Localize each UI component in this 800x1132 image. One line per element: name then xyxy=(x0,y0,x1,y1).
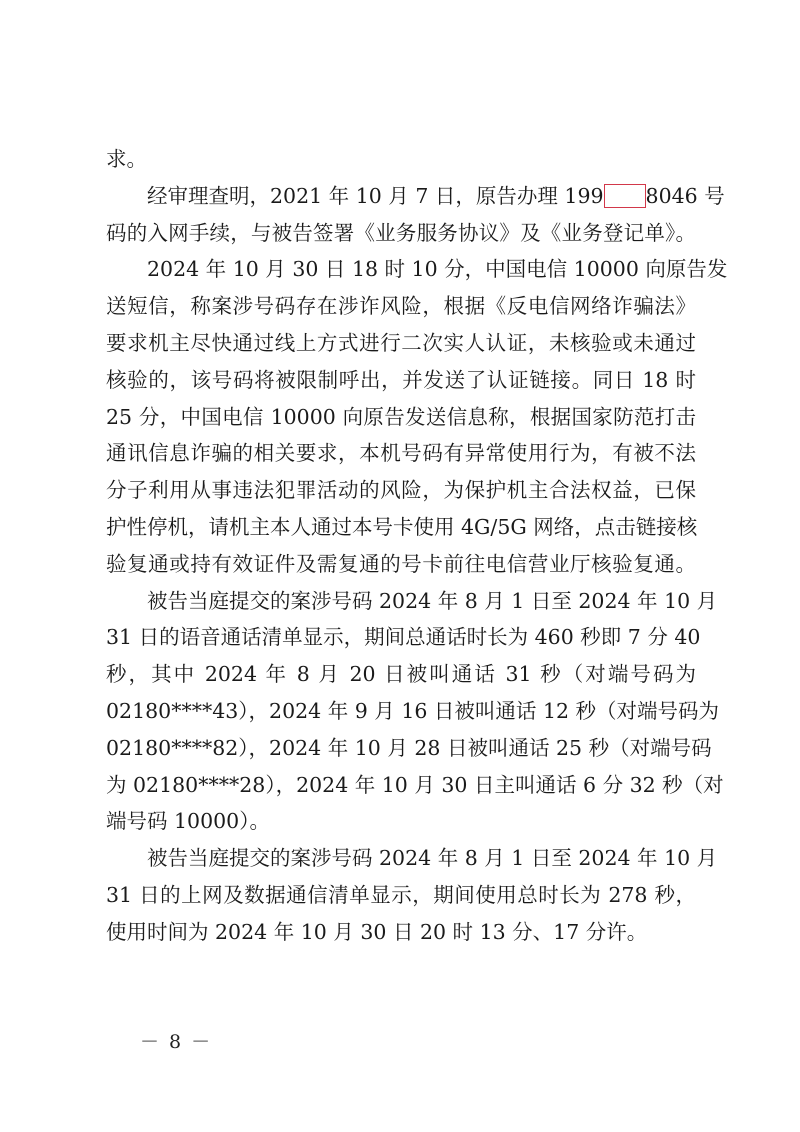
text-line: 求。 xyxy=(106,141,696,178)
text-line: 为 02180****28），2024 年 10 月 30 日主叫通话 6 分 … xyxy=(106,767,696,804)
text-line-with-redaction: 经审理查明，2021 年 10 月 7 日，原告办理 1998046 号 xyxy=(106,178,696,215)
text-line: 被告当庭提交的案涉号码 2024 年 8 月 1 日至 2024 年 10 月 xyxy=(106,840,696,877)
text-line: 核验的，该号码将被限制呼出，并发送了认证链接。同日 18 时 xyxy=(106,362,696,399)
document-body: 求。 经审理查明，2021 年 10 月 7 日，原告办理 1998046 号 … xyxy=(106,141,696,951)
text-line: 31 日的上网及数据通信清单显示，期间使用总时长为 278 秒， xyxy=(106,877,696,914)
redaction-box xyxy=(604,184,646,208)
text-line: 02180****43），2024 年 9 月 16 日被叫通话 12 秒（对端… xyxy=(106,693,696,730)
text-line: 码的入网手续，与被告签署《业务服务协议》及《业务登记单》。 xyxy=(106,215,696,252)
text-line: 02180****82），2024 年 10 月 28 日被叫通话 25 秒（对… xyxy=(106,730,696,767)
document-page: 求。 经审理查明，2021 年 10 月 7 日，原告办理 1998046 号 … xyxy=(0,0,800,1132)
text-segment: 经审理查明，2021 年 10 月 7 日，原告办理 199 xyxy=(147,184,604,208)
text-line: 2024 年 10 月 30 日 18 时 10 分，中国电信 10000 向原… xyxy=(106,251,696,288)
page-number: － 8 － xyxy=(140,1027,212,1054)
text-line: 31 日的语音通话清单显示，期间总通话时长为 460 秒即 7 分 40 xyxy=(106,619,696,656)
text-line: 被告当庭提交的案涉号码 2024 年 8 月 1 日至 2024 年 10 月 xyxy=(106,583,696,620)
text-line: 使用时间为 2024 年 10 月 30 日 20 时 13 分、17 分许。 xyxy=(106,914,696,951)
text-line: 端号码 10000）。 xyxy=(106,803,696,840)
text-line: 验复通或持有效证件及需复通的号卡前往电信营业厅核验复通。 xyxy=(106,546,696,583)
text-line: 送短信，称案涉号码存在涉诈风险，根据《反电信网络诈骗法》 xyxy=(106,288,696,325)
text-line: 分子利用从事违法犯罪活动的风险，为保护机主合法权益，已保 xyxy=(106,472,696,509)
text-line: 要求机主尽快通过线上方式进行二次实人认证，未核验或未通过 xyxy=(106,325,696,362)
text-line: 秒，其中 2024 年 8 月 20 日被叫通话 31 秒（对端号码为 xyxy=(106,656,696,693)
text-line: 25 分，中国电信 10000 向原告发送信息称，根据国家防范打击 xyxy=(106,399,696,436)
text-line: 通讯信息诈骗的相关要求，本机号码有异常使用行为，有被不法 xyxy=(106,435,696,472)
text-line: 护性停机，请机主本人通过本号卡使用 4G/5G 网络，点击链接核 xyxy=(106,509,696,546)
text-segment: 8046 号 xyxy=(646,184,725,208)
